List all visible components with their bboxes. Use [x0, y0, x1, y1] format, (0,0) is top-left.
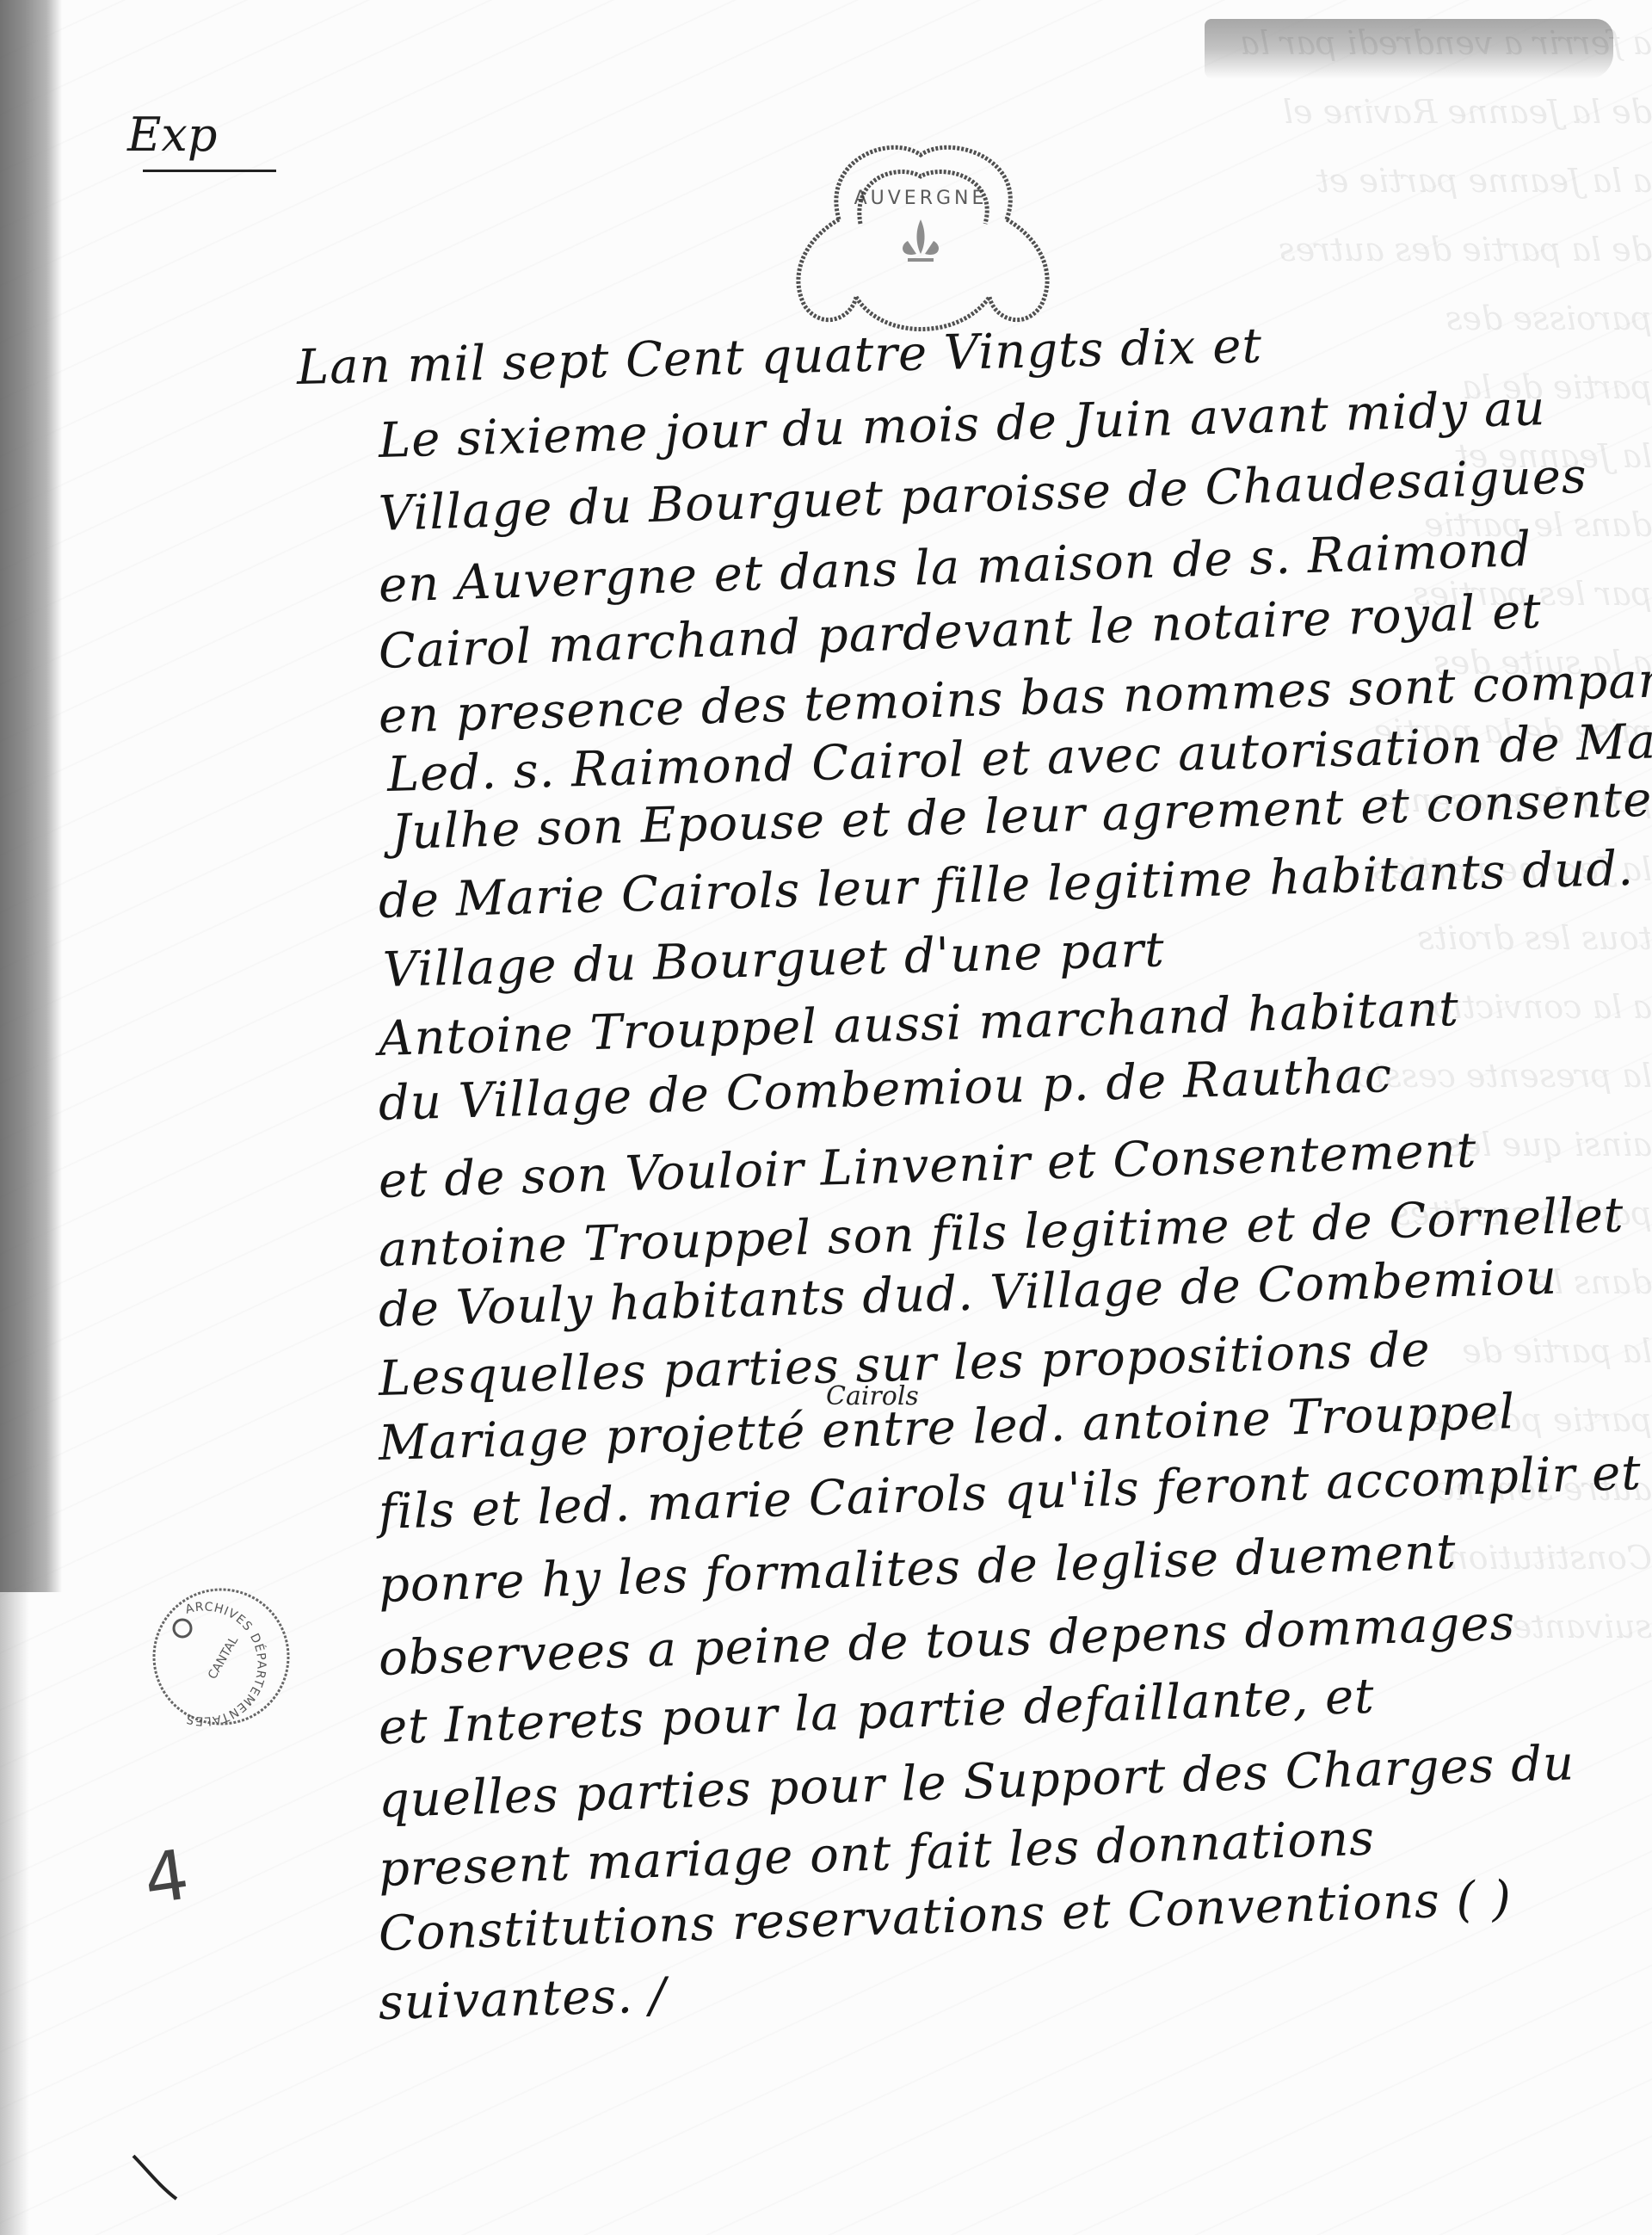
pen-flourish-icon [129, 2152, 181, 2203]
text-line-1: Lan mil sept Cent quatre Vingts dix et [296, 318, 1262, 396]
handwritten-body: Lan mil sept Cent quatre Vingts dix et L… [0, 0, 1652, 2235]
archives-departementales-stamp-icon: ARCHIVES DÉPARTEMENTALES CANTAL [148, 1584, 294, 1730]
text-line-10: Village du Bourguet d'une part [382, 922, 1165, 998]
text-line-25: suivantes. / [378, 1967, 667, 2031]
interlinear-insertion: Cairols [826, 1381, 919, 1411]
text-line-19: ponre hy les formalites de leglise dueme… [378, 1524, 1458, 1614]
svg-text:CANTAL: CANTAL [206, 1634, 241, 1682]
document-page: a ferrir a vendredi par la de la Jeanne … [0, 0, 1652, 2235]
